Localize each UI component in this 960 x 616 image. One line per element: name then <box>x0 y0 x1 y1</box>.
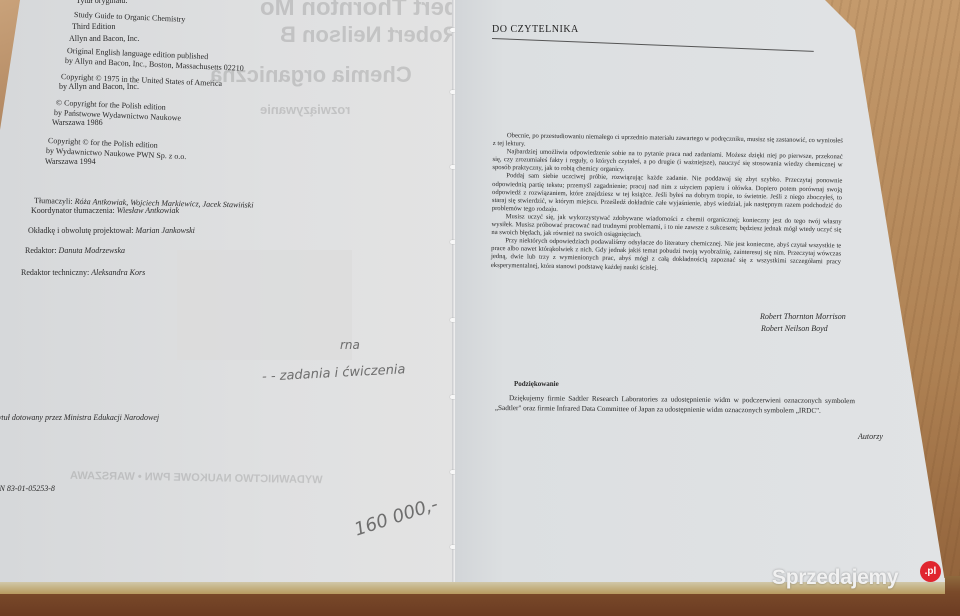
editor-row: Redaktor: Danuta Modrzewska <box>25 246 125 256</box>
handwritten-note-1: rna <box>340 338 360 352</box>
subsidy-note: Tytuł dotowany przez Ministra Edukacji N… <box>0 413 159 423</box>
watermark-badge: .pl <box>920 561 941 582</box>
cover-label: Okładkę i obwolutę projektował: <box>28 226 134 235</box>
preface-paragraph: Przy niektórych odpowiedziach podawaliśm… <box>491 237 841 275</box>
tech-editor-label: Redaktor techniczny: <box>21 268 89 277</box>
copyright-pl1-line3: Warszawa 1986 <box>52 118 103 128</box>
acknowledgement-text: Dziękujemy firmie Sadtler Research Labor… <box>495 393 855 416</box>
editor: Danuta Modrzewska <box>59 246 125 255</box>
tech-editor-row: Redaktor techniczny: Aleksandra Kors <box>21 268 145 278</box>
show-through-author2: Robert Neilson B <box>280 22 458 48</box>
cover-row: Okładkę i obwolutę projektował: Marian J… <box>28 226 195 236</box>
original-title-label: Tytuł oryginału: <box>76 0 128 6</box>
show-through-subtitle: rozwiązywanie <box>260 102 350 117</box>
acknowledgement-heading: Podziękowanie <box>514 379 559 389</box>
covered-sticker-area <box>177 250 352 360</box>
coordinator-label: Koordynator tłumaczenia: <box>31 206 115 215</box>
cover-designer: Marian Jankowski <box>136 226 195 235</box>
preface-paragraph: Poddaj sam siebie uczciwej próbie, rozwi… <box>492 172 843 218</box>
coordinator-row: Koordynator tłumaczenia: Wiesław Antkowi… <box>31 206 179 216</box>
edition: Third Edition <box>72 22 115 32</box>
original-publisher: Allyn and Bacon, Inc. <box>69 34 139 44</box>
acknowledgement-signature: Autorzy <box>858 432 883 442</box>
page-heading: DO CZYTELNIKA <box>492 24 579 35</box>
isbn: ISBN 83-01-05253-8 <box>0 484 55 494</box>
signature-author-2: Robert Neilson Boyd <box>761 324 828 334</box>
tech-editor: Aleksandra Kors <box>91 268 145 277</box>
acknowledgement-paragraph: Dziękujemy firmie Sadtler Research Labor… <box>495 393 855 416</box>
editor-label: Redaktor: <box>25 246 57 255</box>
signature-author-1: Robert Thornton Morrison <box>760 312 846 322</box>
coordinator: Wiesław Antkowiak <box>117 206 179 215</box>
copyright-pl2-line3: Warszawa 1994 <box>45 157 96 167</box>
preface-text: Obecnie, po przestudiowaniu niemałego ci… <box>491 132 843 275</box>
copyright-us-line2: by Allyn and Bacon, Inc. <box>59 82 139 92</box>
translators-label: Tłumaczyli: <box>34 196 73 206</box>
sprzedajemy-watermark: Sprzedajemy <box>772 566 898 590</box>
